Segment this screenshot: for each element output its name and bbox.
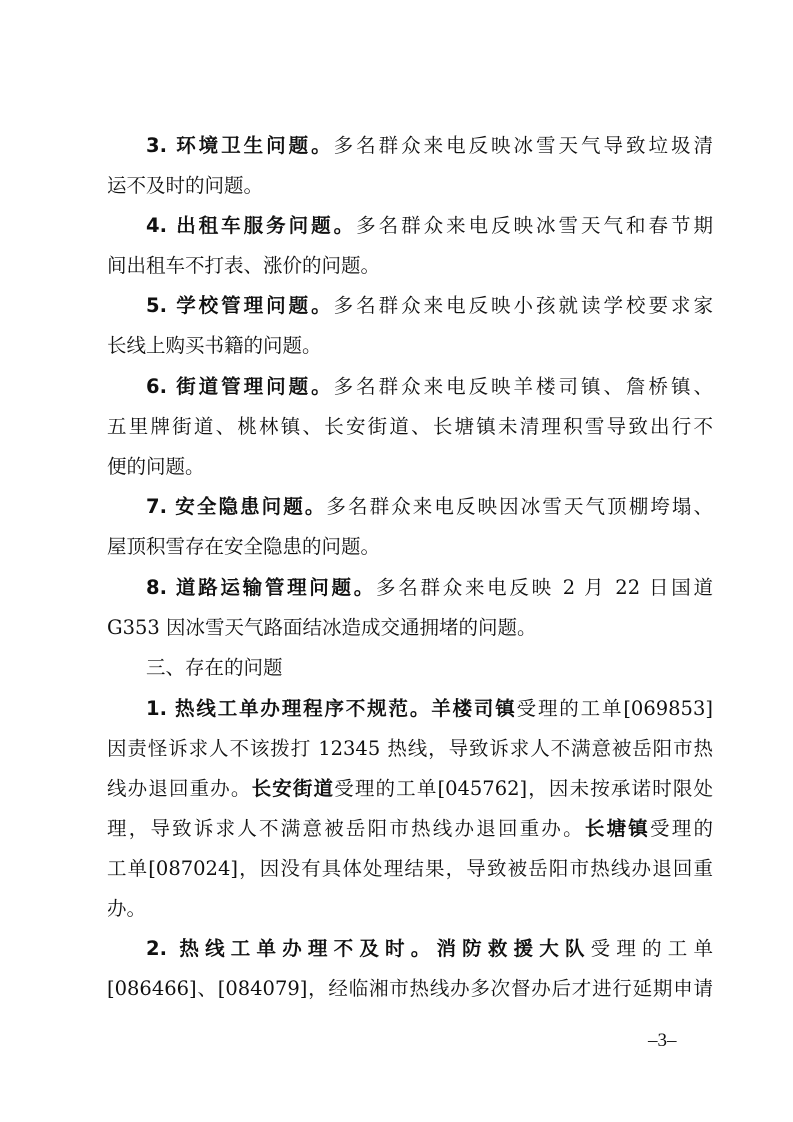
- paragraph-item-5-line-2: 长线上购买书籍的问题。: [107, 333, 713, 359]
- paragraph-item-7-line-1: 7. 安全隐患问题。多名群众来电反映因冰雪天气顶棚垮塌、: [146, 494, 713, 520]
- org-name: 长安街道: [252, 777, 335, 800]
- item-title: 学校管理问题。: [176, 294, 333, 317]
- org-name: 消防救援大队: [436, 937, 590, 960]
- document-page: 3. 环境卫生问题。多名群众来电反映冰雪天气导致垃圾清 运不及时的问题。 4. …: [0, 0, 793, 1122]
- item-number: 1.: [146, 697, 167, 720]
- item-text: 多名群众来电反映羊楼司镇、詹桥镇、: [334, 375, 713, 398]
- item-title: 街道管理问题。: [176, 375, 333, 398]
- item-text: 受理的工单[069853]: [517, 697, 713, 720]
- paragraph-item-8-line-2: G353 因冰雪天气路面结冰造成交通拥堵的问题。: [107, 615, 713, 641]
- org-name: 羊楼司镇: [431, 697, 516, 720]
- item-number: 2.: [146, 937, 167, 960]
- item-title: 环境卫生问题。: [176, 134, 333, 157]
- item-title: 热线工单办理不及时。: [179, 937, 436, 960]
- paragraph-item-7-line-2: 屋顶积雪存在安全隐患的问题。: [107, 534, 713, 560]
- item-number: 4.: [146, 214, 167, 237]
- item-title: 道路运输管理问题。: [176, 576, 376, 599]
- item-title: 热线工单办理程序不规范。: [175, 697, 431, 720]
- item-title: 安全隐患问题。: [175, 495, 326, 518]
- org-name: 长塘镇: [585, 817, 650, 840]
- paragraph-item-6-line-3: 便的问题。: [107, 454, 713, 480]
- paragraph-item-6-line-2: 五里牌街道、桃林镇、长安街道、长塘镇未清理积雪导致出行不: [107, 414, 713, 440]
- item-number: 6.: [146, 375, 167, 398]
- paragraph-item-8-line-1: 8. 道路运输管理问题。多名群众来电反映 2 月 22 日国道: [146, 575, 713, 601]
- item-text: 多名群众来电反映因冰雪天气顶棚垮塌、: [326, 495, 713, 518]
- section-heading: 三、存在的问题: [146, 655, 713, 681]
- item-title: 出租车服务问题。: [176, 214, 356, 237]
- paragraph-item-6-line-1: 6. 街道管理问题。多名群众来电反映羊楼司镇、詹桥镇、: [146, 374, 713, 400]
- item-text: 线办退回重办。: [107, 777, 252, 800]
- item-number: 3.: [146, 134, 167, 157]
- paragraph-problem-1-line-5: 工单[087024]，因没有具体处理结果，导致被岳阳市热线办退回重: [107, 856, 713, 882]
- paragraph-problem-1-line-1: 1. 热线工单办理程序不规范。羊楼司镇受理的工单[069853]: [146, 696, 713, 722]
- paragraph-problem-1-line-4: 理，导致诉求人不满意被岳阳市热线办退回重办。长塘镇受理的: [107, 816, 713, 842]
- item-text: 多名群众来电反映小孩就读学校要求家: [334, 294, 713, 317]
- page-number: –3–: [648, 1030, 677, 1052]
- paragraph-problem-1-line-3: 线办退回重办。长安街道受理的工单[045762]，因未按承诺时限处: [107, 776, 713, 802]
- paragraph-item-3-line-1: 3. 环境卫生问题。多名群众来电反映冰雪天气导致垃圾清: [146, 133, 713, 159]
- paragraph-item-4-line-2: 间出租车不打表、涨价的问题。: [107, 253, 713, 279]
- item-number: 8.: [146, 576, 167, 599]
- item-text: 多名群众来电反映冰雪天气和春节期: [356, 214, 713, 237]
- paragraph-item-3-line-2: 运不及时的问题。: [107, 173, 713, 199]
- item-text: 受理的工单: [591, 937, 713, 960]
- item-number: 5.: [146, 294, 167, 317]
- paragraph-problem-2-line-2: [086466]、[084079]，经临湘市热线办多次督办后才进行延期申请: [107, 976, 713, 1002]
- item-text: 受理的工单[045762]，因未按承诺时限处: [334, 777, 713, 800]
- paragraph-problem-1-line-6: 办。: [107, 896, 713, 922]
- paragraph-item-5-line-1: 5. 学校管理问题。多名群众来电反映小孩就读学校要求家: [146, 293, 713, 319]
- paragraph-problem-1-line-2: 因责怪诉求人不该拨打 12345 热线，导致诉求人不满意被岳阳市热: [107, 736, 713, 762]
- item-number: 7.: [146, 495, 167, 518]
- paragraph-problem-2-line-1: 2. 热线工单办理不及时。消防救援大队受理的工单: [146, 936, 713, 962]
- item-text: 理，导致诉求人不满意被岳阳市热线办退回重办。: [107, 817, 585, 840]
- item-text: 多名群众来电反映冰雪天气导致垃圾清: [334, 134, 713, 157]
- paragraph-item-4-line-1: 4. 出租车服务问题。多名群众来电反映冰雪天气和春节期: [146, 213, 713, 239]
- item-text: 受理的: [650, 817, 713, 840]
- item-text: 多名群众来电反映 2 月 22 日国道: [376, 576, 713, 599]
